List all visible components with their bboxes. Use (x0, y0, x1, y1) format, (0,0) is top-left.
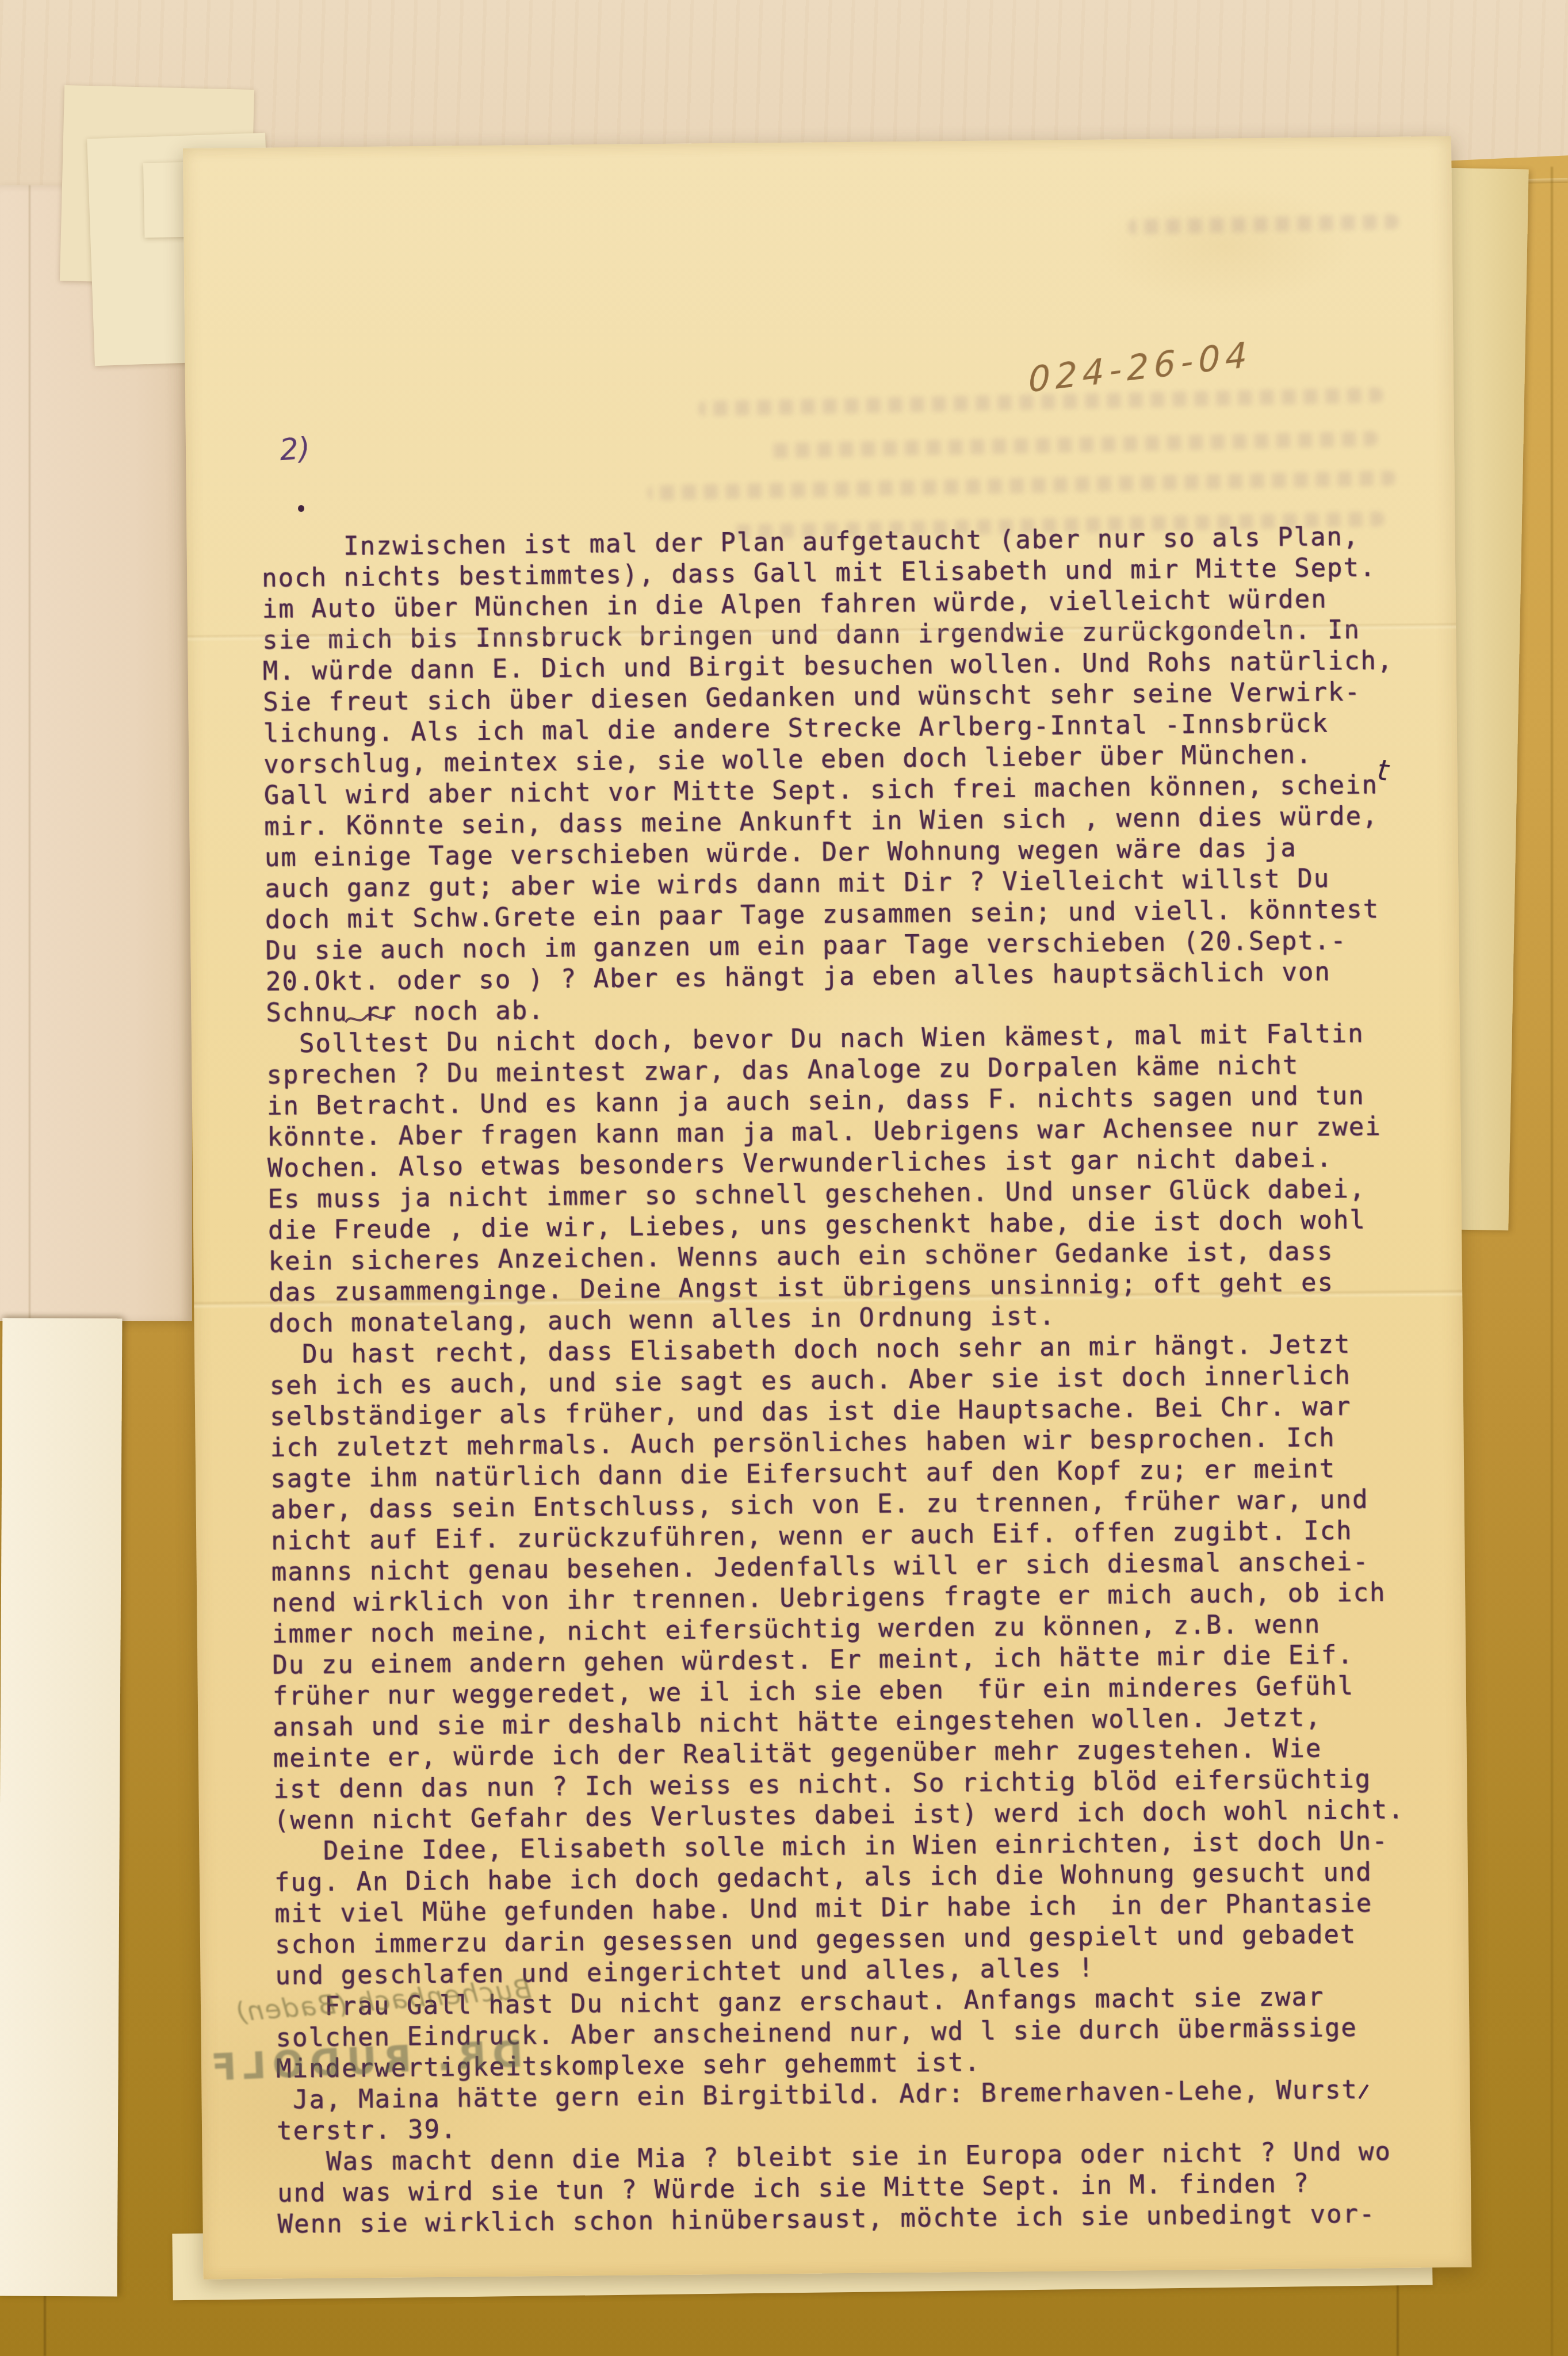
folder-crease-left (44, 2286, 46, 2356)
verso-bleedthrough-line (768, 431, 1378, 458)
stray-ink-dot (298, 505, 304, 512)
folder-edge-right (1551, 167, 1553, 2356)
left-sheet-crease (29, 185, 30, 1321)
bottom-left-paper-edge (0, 1318, 122, 2296)
handwritten-page-number: 2) (278, 431, 312, 468)
verso-bleedthrough-line (648, 471, 1395, 500)
verso-bleedthrough-line (1128, 214, 1398, 234)
typewritten-letter-page: 024-26-04 2) Inzwischen ist mal der Plan… (183, 136, 1471, 2279)
photographed-letter-scene: { "document": { "archive_code": "024-26-… (0, 0, 1568, 2356)
handwritten-squiggle-correction (344, 1011, 392, 1028)
